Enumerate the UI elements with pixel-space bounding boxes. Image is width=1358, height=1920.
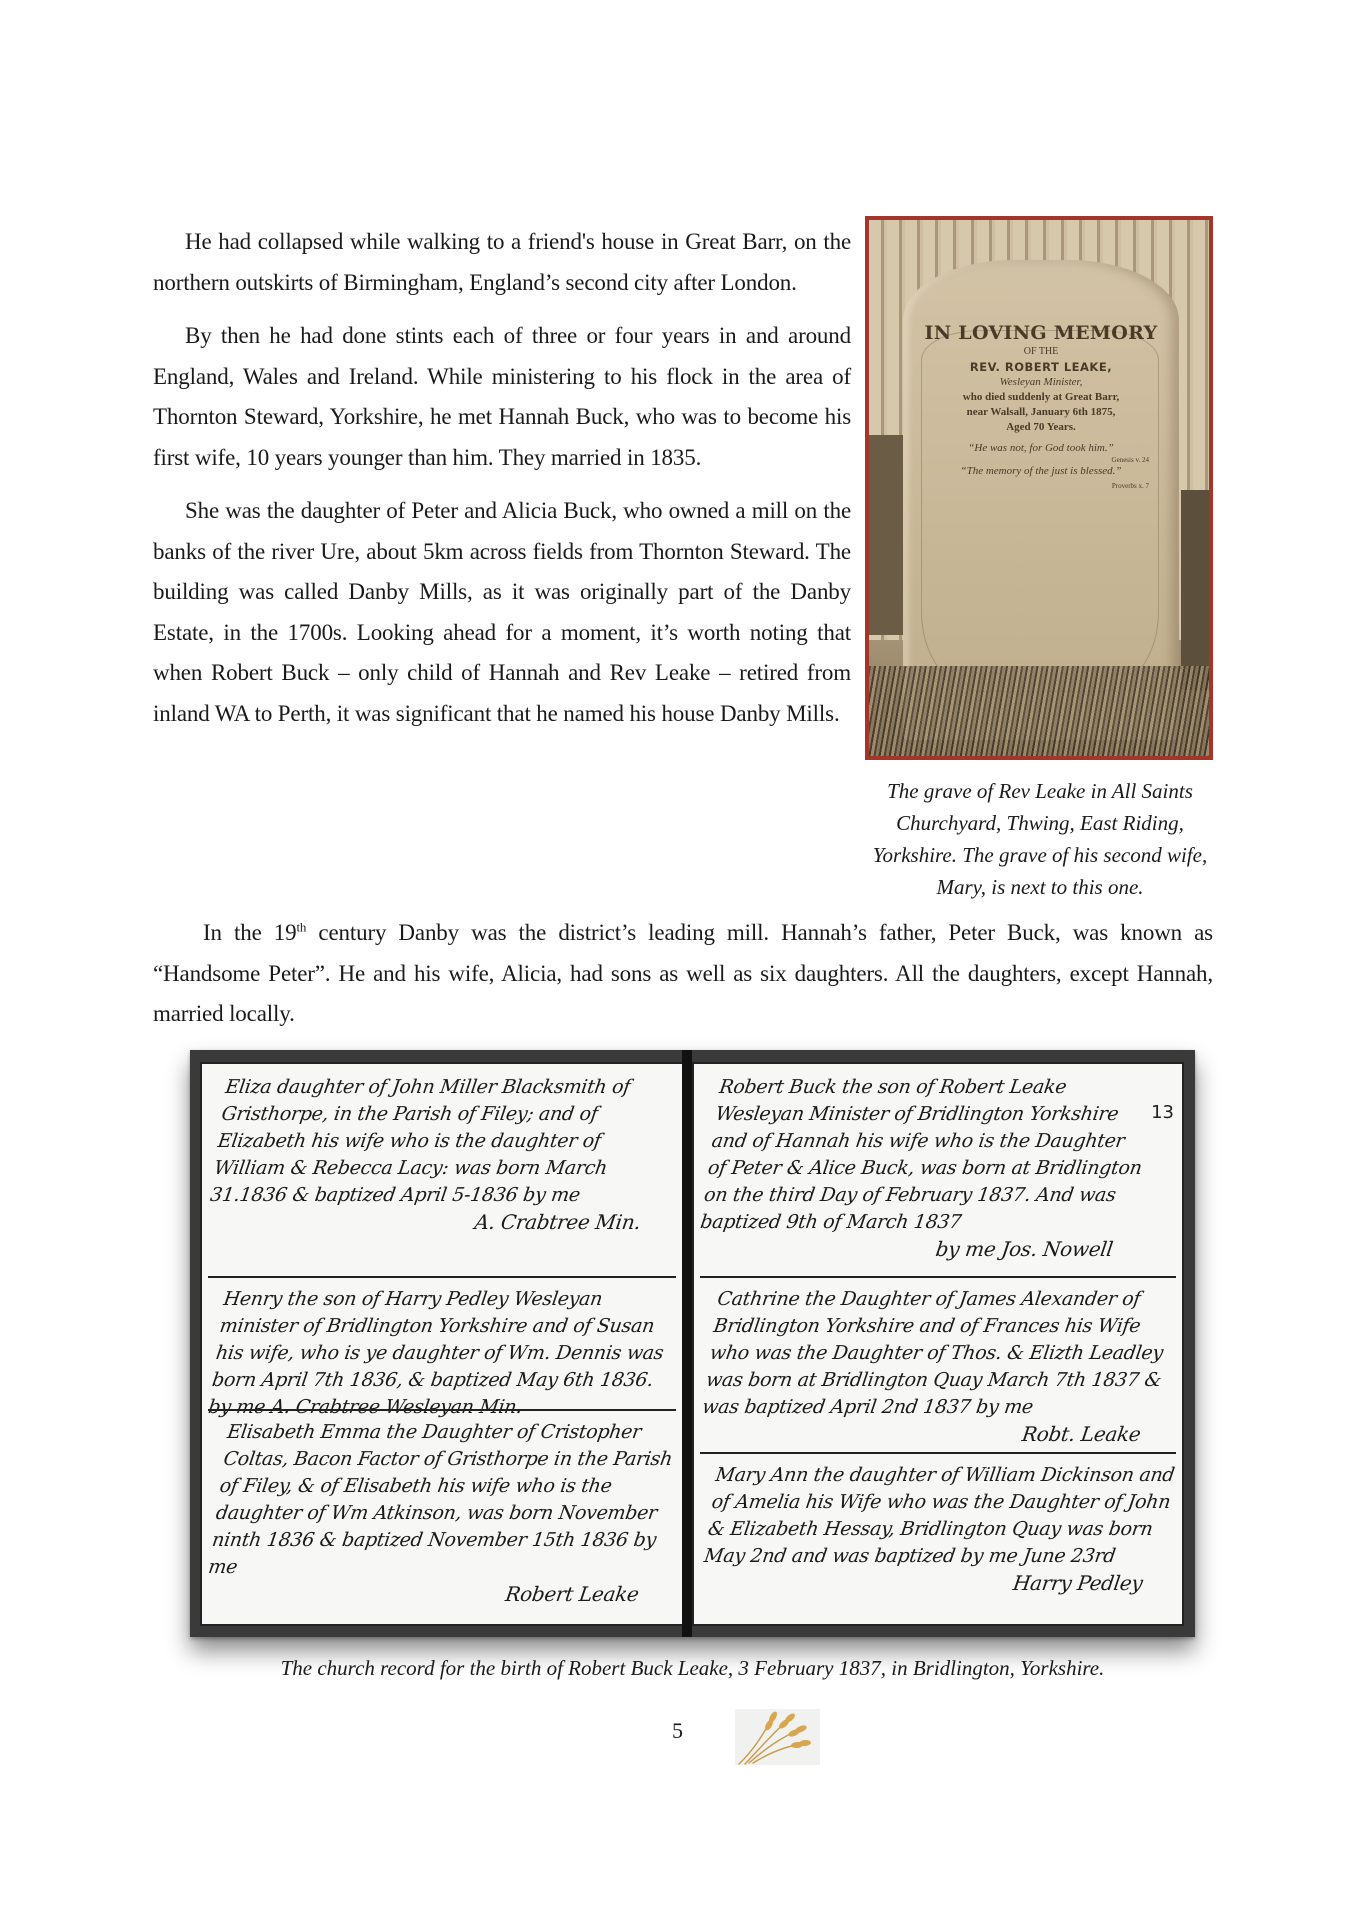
record-signature: by me Jos. Nowell (695, 1236, 1133, 1263)
record-entry: Cathrine the Daughter of James Alexander… (697, 1286, 1180, 1448)
folio-number: 13 (1151, 1102, 1174, 1123)
record-signature: A. Crabtree Min. (205, 1209, 661, 1236)
record-entry: Elisabeth Emma the Daughter of Cristophe… (203, 1419, 682, 1608)
record-left-page: Eliza daughter of John Miller Blacksmith… (200, 1062, 684, 1626)
paragraph-collapse: He had collapsed while walking to a frie… (153, 222, 851, 303)
record-signature: Harry Pedley (699, 1570, 1163, 1597)
record-entry: Eliza daughter of John Miller Blacksmith… (205, 1074, 680, 1236)
grave-photo-caption: The grave of Rev Leake in All Saints Chu… (870, 775, 1210, 903)
page-number: 5 (672, 1718, 683, 1744)
wheat-icon-graphic (735, 1709, 820, 1765)
record-entry: Henry the son of Harry Pedley Wesleyan m… (207, 1286, 678, 1421)
record-right-page: 13 Robert Buck the son of Robert Leake W… (692, 1062, 1184, 1626)
grave-photo: IN LOVING MEMORY OF THE REV. ROBERT LEAK… (865, 216, 1213, 760)
inscription-name: REV. ROBERT LEAKE, (903, 360, 1179, 374)
wall-left (869, 435, 903, 635)
church-record-caption: The church record for the birth of Rober… (190, 1656, 1195, 1681)
record-entry: Robert Buck the son of Robert Leake Wesl… (695, 1074, 1156, 1263)
record-signature: Robert Leake (203, 1581, 659, 1608)
left-column-text: He had collapsed while walking to a frie… (153, 222, 851, 747)
church-record-image: Eliza daughter of John Miller Blacksmith… (190, 1050, 1195, 1637)
paragraph-ministry: By then he had done stints each of three… (153, 316, 851, 478)
paragraph-danby-mills: She was the daughter of Peter and Alicia… (153, 491, 851, 734)
paragraph-nineteenth-century: In the 19th century Danby was the distri… (153, 913, 1213, 1035)
record-gutter (682, 1050, 692, 1637)
wheat-icon (735, 1709, 820, 1765)
inscription-heading: IN LOVING MEMORY (903, 322, 1179, 344)
record-entry: Mary Ann the daughter of William Dickins… (699, 1462, 1178, 1597)
grass (869, 666, 1209, 756)
record-signature: Robt. Leake (697, 1421, 1161, 1448)
wall-right (1181, 490, 1209, 690)
